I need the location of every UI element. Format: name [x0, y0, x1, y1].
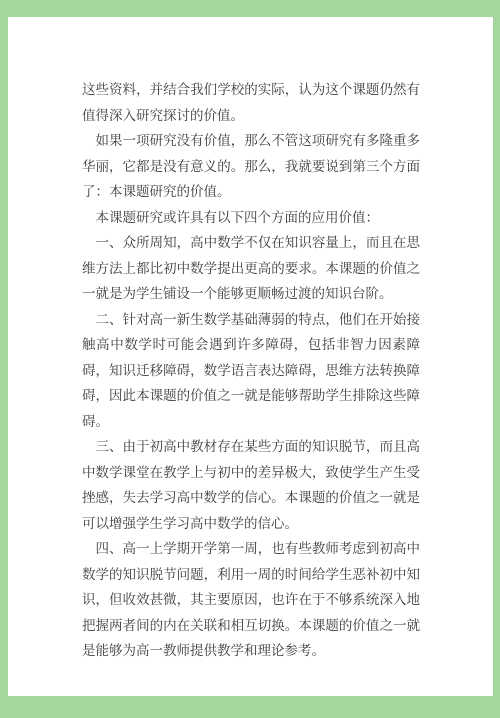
- paragraph: 如果一项研究没有价值，那么不管这项研究有多隆重多华丽，它都是没有意义的。那么，我…: [82, 128, 420, 205]
- paragraph: 四、高一上学期开学第一周，也有些教师考虑到初高中数学的知识脱节问题，利用一周的时…: [82, 536, 420, 664]
- document-background: { "colors": { "frame_green": "#a3d79b", …: [0, 0, 500, 718]
- document-page: 这些资料，并结合我们学校的实际，认为这个课题仍然有值得深入研究探讨的价值。如果一…: [8, 17, 493, 696]
- paragraph: 三、由于初高中教材存在某些方面的知识脱节，而且高中数学课堂在教学上与初中的差异极…: [82, 434, 420, 536]
- paragraph: 一、众所周知，高中数学不仅在知识容量上，而且在思维方法上都比初中数学提出更高的要…: [82, 230, 420, 307]
- paragraph: 这些资料，并结合我们学校的实际，认为这个课题仍然有值得深入研究探讨的价值。: [82, 77, 420, 128]
- paragraph: 二、针对高一新生数学基础薄弱的特点，他们在开始接触高中数学时可能会遇到许多障碍，…: [82, 307, 420, 435]
- text-block: 这些资料，并结合我们学校的实际，认为这个课题仍然有值得深入研究探讨的价值。如果一…: [82, 17, 420, 664]
- paragraph: 本课题研究或许具有以下四个方面的应用价值：: [82, 205, 420, 231]
